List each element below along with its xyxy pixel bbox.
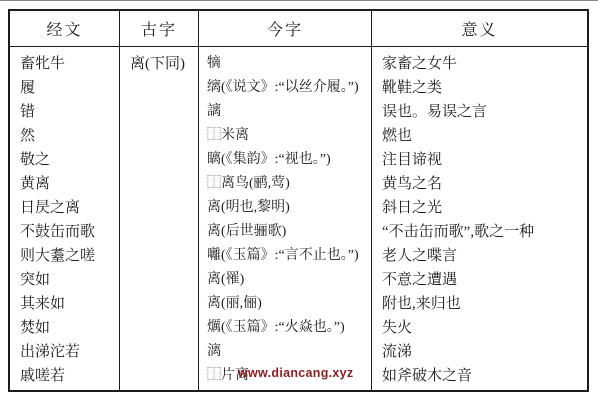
jingwen-cell: 履 [20, 76, 115, 100]
yiyi-cell: 斜日之光 [382, 196, 583, 220]
yiyi-cell: 误也。易误之言 [382, 100, 583, 124]
header-jinzi: 今字 [199, 11, 372, 47]
guzi-cell [130, 196, 194, 220]
header-jingwen: 经文 [10, 11, 120, 47]
guzi-cell [130, 172, 194, 196]
yiyi-cell: 家畜之女牛 [382, 52, 583, 76]
jinzi-cell: 謧 [207, 100, 367, 124]
jinzi-cell: ⿰米离 [207, 124, 367, 148]
jinzi-cell: ⿰离鸟(鹂,莺) [207, 172, 367, 196]
header-yiyi: 意义 [372, 11, 587, 47]
jinzi-cell: 瞝(《集韵》:“视也。”) [207, 148, 367, 172]
watermark: www.diancang.xyz [238, 366, 353, 380]
jinzi-cell: 离(后世骊歌) [207, 220, 367, 244]
guwenzi-jinzi-table: 经文 古字 今字 意义 畜牝牛 履 错 然 敬之 黄离 日昃之离 不鼓缶而歌 则… [8, 9, 589, 392]
yiyi-cell: “不击缶而歌”,歌之一种 [382, 220, 583, 244]
jinzi-cell: 㹍 [207, 52, 367, 76]
jingwen-cell: 黄离 [20, 172, 115, 196]
jinzi-cell: 囄(《玉篇》:“言不止也。”) [207, 244, 367, 268]
jinzi-cell: 离(明也,黎明) [207, 196, 367, 220]
jingwen-cell: 日昃之离 [20, 196, 115, 220]
yiyi-cell: 注目谛视 [382, 148, 583, 172]
guzi-cell [130, 100, 194, 124]
guzi-cell [130, 220, 194, 244]
jinzi-cell: 缡(《说文》:“以丝介履。”) [207, 76, 367, 100]
column-jingwen: 畜牝牛 履 错 然 敬之 黄离 日昃之离 不鼓缶而歌 则大耋之嗟 突如 其来如 … [10, 47, 120, 390]
jingwen-cell: 焚如 [20, 316, 115, 340]
yiyi-cell: 流涕 [382, 340, 583, 364]
jingwen-cell: 敬之 [20, 148, 115, 172]
yiyi-cell: 不意之遭遇 [382, 268, 583, 292]
jingwen-cell: 错 [20, 100, 115, 124]
column-guzi: 离(下同) [120, 47, 199, 390]
column-jinzi: 㹍 缡(《说文》:“以丝介履。”) 謧 ⿰米离 瞝(《集韵》:“视也。”) ⿰离… [199, 47, 372, 390]
yiyi-cell: 燃也 [382, 124, 583, 148]
guzi-cell [130, 364, 194, 388]
jingwen-cell: 出涕沱若 [20, 340, 115, 364]
yiyi-cell: 老人之喋言 [382, 244, 583, 268]
guzi-cell: 离(下同) [130, 52, 194, 76]
yiyi-cell: 如斧破木之音 [382, 364, 583, 388]
jingwen-cell: 则大耋之嗟 [20, 244, 115, 268]
jingwen-cell: 然 [20, 124, 115, 148]
column-yiyi: 家畜之女牛 靴鞋之类 误也。易误之言 燃也 注目谛视 黄鸟之名 斜日之光 “不击… [372, 47, 587, 390]
jinzi-cell: 爄(《玉篇》:“火焱也。”) [207, 316, 367, 340]
scanned-page: 经文 古字 今字 意义 畜牝牛 履 错 然 敬之 黄离 日昃之离 不鼓缶而歌 则… [0, 0, 598, 402]
yiyi-cell: 黄鸟之名 [382, 172, 583, 196]
guzi-cell [130, 148, 194, 172]
jingwen-cell: 畜牝牛 [20, 52, 115, 76]
yiyi-cell: 附也,来归也 [382, 292, 583, 316]
guzi-cell [130, 316, 194, 340]
guzi-cell [130, 76, 194, 100]
guzi-cell [130, 340, 194, 364]
jingwen-cell: 其来如 [20, 292, 115, 316]
jinzi-cell: 漓 [207, 340, 367, 364]
header-guzi: 古字 [120, 11, 199, 47]
guzi-cell [130, 292, 194, 316]
guzi-cell [130, 124, 194, 148]
jingwen-cell: 戚嗟若 [20, 364, 115, 388]
jingwen-cell: 突如 [20, 268, 115, 292]
jinzi-cell: 离(丽,俪) [207, 292, 367, 316]
yiyi-cell: 靴鞋之类 [382, 76, 583, 100]
jingwen-cell: 不鼓缶而歌 [20, 220, 115, 244]
yiyi-cell: 失火 [382, 316, 583, 340]
guzi-cell [130, 268, 194, 292]
page-top-edge-line [0, 0, 598, 1]
jinzi-cell: 离(罹) [207, 268, 367, 292]
guzi-cell [130, 244, 194, 268]
